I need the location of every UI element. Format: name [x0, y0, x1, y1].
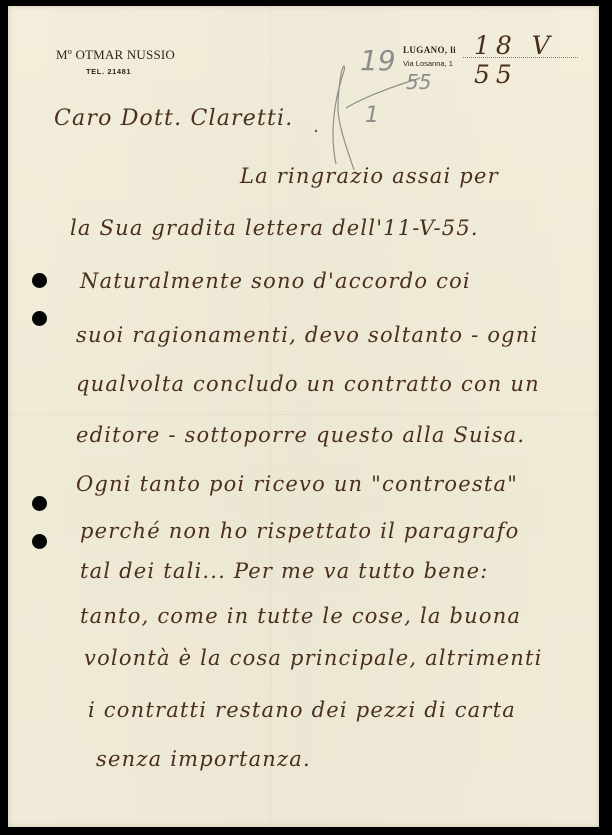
annotation-number-top: 19 — [360, 44, 396, 77]
letter-line: tanto, come in tutte le cose, la buona — [80, 604, 521, 628]
paper-fold-horizontal — [8, 414, 599, 415]
annotation-number-year: 55 — [406, 70, 431, 94]
letter-line: volontà è la cosa principale, altrimenti — [84, 646, 543, 670]
letter-line: Ogni tanto poi ricevo un "controesta" — [76, 472, 518, 496]
letter-salutation: Caro Dott. Claretti. — [54, 106, 294, 131]
letter-line: suoi ragionamenti, devo soltanto - ogni — [76, 323, 538, 347]
letter-line: Naturalmente sono d'accordo coi — [80, 269, 471, 293]
letter-line: editore - sottoporre questo alla Suisa. — [76, 423, 525, 447]
letter-line: perché non ho rispettato il paragrafo — [80, 519, 520, 543]
punch-hole-icon — [32, 273, 47, 288]
punch-hole-icon — [32, 311, 47, 326]
letter-page: Mº OTMAR NUSSIO TEL. 21481 LUGANO, li Vi… — [8, 6, 599, 827]
handwritten-date: 18 V 55 — [474, 31, 599, 89]
letter-line: la Sua gradita lettera dell'11-V-55. — [70, 216, 479, 240]
letter-line: La ringrazio assai per — [240, 164, 499, 188]
letterhead-telephone: TEL. 21481 — [86, 67, 131, 76]
letter-line: qualvolta concludo un contratto con un — [76, 372, 540, 396]
punch-hole-icon — [32, 534, 47, 549]
letter-line: tal dei tali... Per me va tutto bene: — [80, 559, 489, 583]
letter-line: senza importanza. — [96, 747, 311, 771]
punch-hole-icon — [32, 496, 47, 511]
letterhead-sender-name: Mº OTMAR NUSSIO — [56, 47, 175, 63]
annotation-number-bottom: 1 — [365, 103, 379, 128]
letter-line: i contratti restano dei pezzi di carta — [88, 698, 516, 722]
